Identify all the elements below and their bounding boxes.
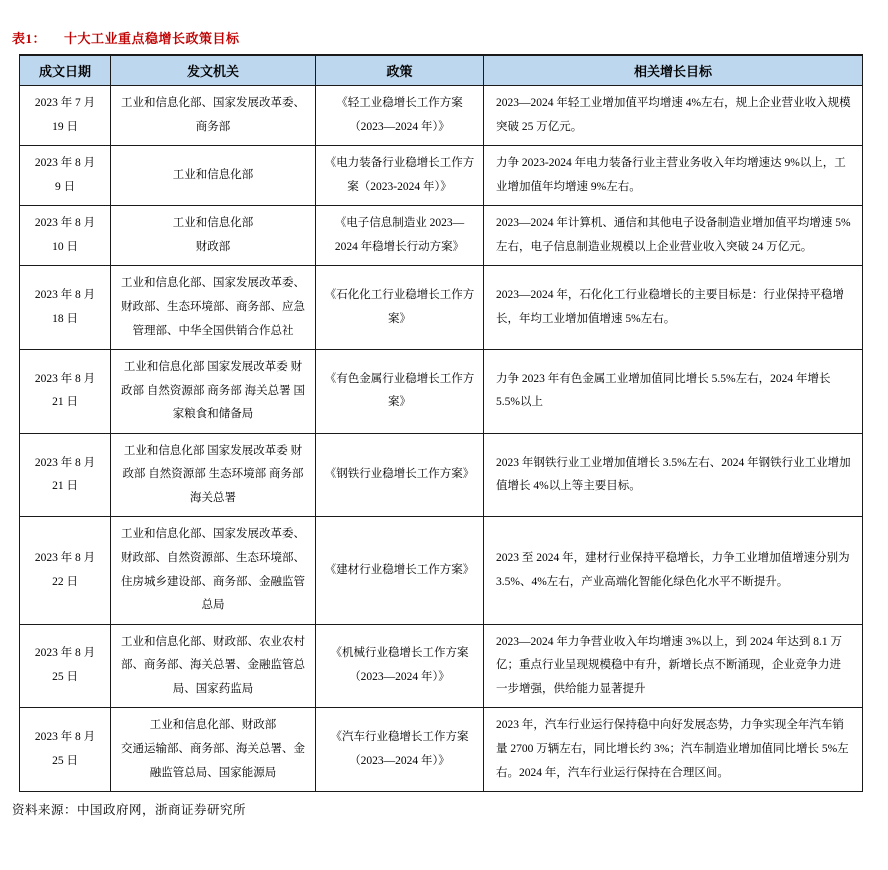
table-row: 2023 年 8 月 22 日 工业和信息化部、国家发展改革委、财政部、自然资源… [20, 517, 863, 624]
table-label: 表1： [12, 31, 46, 46]
cell-agency: 工业和信息化部 财政部 [111, 206, 316, 266]
cell-date: 2023 年 8 月 18 日 [20, 266, 111, 350]
cell-date: 2023 年 8 月 25 日 [20, 624, 111, 708]
table-header: 成文日期 发文机关 政策 相关增长目标 [20, 55, 863, 86]
cell-target: 2023—2024 年轻工业增加值平均增速 4%左右，规上企业营业收入规模突破 … [484, 86, 863, 146]
cell-policy: 《汽车行业稳增长工作方案（2023—2024 年）》 [316, 708, 484, 792]
cell-agency: 工业和信息化部 国家发展改革委 财政部 自然资源部 商务部 海关总署 国家粮食和… [111, 350, 316, 434]
table-row: 2023 年 8 月 18 日 工业和信息化部、国家发展改革委、财政部、生态环境… [20, 266, 863, 350]
cell-policy: 《轻工业稳增长工作方案（2023—2024 年）》 [316, 86, 484, 146]
table-row: 2023 年 8 月 21 日 工业和信息化部 国家发展改革委 财政部 自然资源… [20, 350, 863, 434]
cell-target: 2023—2024 年，石化化工行业稳增长的主要目标是：行业保持平稳增长，年均工… [484, 266, 863, 350]
cell-agency: 工业和信息化部、国家发展改革委、商务部 [111, 86, 316, 146]
table-row: 2023 年 8 月 25 日 工业和信息化部、财政部、农业农村部、商务部、海关… [20, 624, 863, 708]
cell-target: 2023 年钢铁行业工业增加值增长 3.5%左右、2024 年钢铁行业工业增加值… [484, 433, 863, 517]
cell-target: 2023—2024 年力争营业收入年均增速 3%以上，到 2024 年达到 8.… [484, 624, 863, 708]
column-header-date: 成文日期 [20, 55, 111, 86]
cell-target: 2023—2024 年计算机、通信和其他电子设备制造业增加值平均增速 5%左右，… [484, 206, 863, 266]
table-title: 表1：十大工业重点稳增长政策目标 [0, 0, 888, 47]
cell-target: 2023 至 2024 年，建材行业保持平稳增长，力争工业增加值增速分别为 3.… [484, 517, 863, 624]
cell-target: 2023 年，汽车行业运行保持稳中向好发展态势，力争实现全年汽车销量 2700 … [484, 708, 863, 792]
report-page: 表1：十大工业重点稳增长政策目标 成文日期 发文机关 政策 相关增长目标 202… [0, 0, 888, 870]
source-note: 资料来源：中国政府网，浙商证券研究所 [12, 800, 888, 818]
cell-agency: 工业和信息化部、财政部 交通运输部、商务部、海关总署、金融监管总局、国家能源局 [111, 708, 316, 792]
table-row: 2023 年 8 月 25 日 工业和信息化部、财政部 交通运输部、商务部、海关… [20, 708, 863, 792]
cell-date: 2023 年 8 月 25 日 [20, 708, 111, 792]
cell-date: 2023 年 8 月 21 日 [20, 350, 111, 434]
cell-policy: 《有色金属行业稳增长工作方案》 [316, 350, 484, 434]
table-row: 2023 年 8 月 10 日 工业和信息化部 财政部 《电子信息制造业 202… [20, 206, 863, 266]
cell-agency: 工业和信息化部、国家发展改革委、财政部、自然资源部、生态环境部、住房城乡建设部、… [111, 517, 316, 624]
cell-target: 力争 2023 年有色金属工业增加值同比增长 5.5%左右，2024 年增长 5… [484, 350, 863, 434]
cell-date: 2023 年 8 月 10 日 [20, 206, 111, 266]
table-row: 2023 年 8 月 21 日 工业和信息化部 国家发展改革委 财政部 自然资源… [20, 433, 863, 517]
cell-agency: 工业和信息化部 [111, 146, 316, 206]
column-header-target: 相关增长目标 [484, 55, 863, 86]
cell-policy: 《钢铁行业稳增长工作方案》 [316, 433, 484, 517]
cell-policy: 《电子信息制造业 2023—2024 年稳增长行动方案》 [316, 206, 484, 266]
cell-date: 2023 年 8 月 21 日 [20, 433, 111, 517]
column-header-policy: 政策 [316, 55, 484, 86]
cell-agency: 工业和信息化部 国家发展改革委 财政部 自然资源部 生态环境部 商务部 海关总署 [111, 433, 316, 517]
table-title-text: 十大工业重点稳增长政策目标 [64, 31, 240, 46]
cell-agency: 工业和信息化部、国家发展改革委、财政部、生态环境部、商务部、应急管理部、中华全国… [111, 266, 316, 350]
cell-policy: 《机械行业稳增长工作方案（2023—2024 年）》 [316, 624, 484, 708]
table-row: 2023 年 7 月 19 日 工业和信息化部、国家发展改革委、商务部 《轻工业… [20, 86, 863, 146]
table-body: 2023 年 7 月 19 日 工业和信息化部、国家发展改革委、商务部 《轻工业… [20, 86, 863, 792]
cell-date: 2023 年 7 月 19 日 [20, 86, 111, 146]
cell-date: 2023 年 8 月 9 日 [20, 146, 111, 206]
cell-policy: 《建材行业稳增长工作方案》 [316, 517, 484, 624]
policy-table: 成文日期 发文机关 政策 相关增长目标 2023 年 7 月 19 日 工业和信… [19, 54, 863, 792]
column-header-agency: 发文机关 [111, 55, 316, 86]
cell-target: 力争 2023-2024 年电力装备行业主营业务收入年均增速达 9%以上，工业增… [484, 146, 863, 206]
cell-policy: 《电力装备行业稳增长工作方案（2023-2024 年）》 [316, 146, 484, 206]
cell-agency: 工业和信息化部、财政部、农业农村部、商务部、海关总署、金融监管总局、国家药监局 [111, 624, 316, 708]
header-row: 成文日期 发文机关 政策 相关增长目标 [20, 55, 863, 86]
table-row: 2023 年 8 月 9 日 工业和信息化部 《电力装备行业稳增长工作方案（20… [20, 146, 863, 206]
cell-date: 2023 年 8 月 22 日 [20, 517, 111, 624]
cell-policy: 《石化化工行业稳增长工作方案》 [316, 266, 484, 350]
